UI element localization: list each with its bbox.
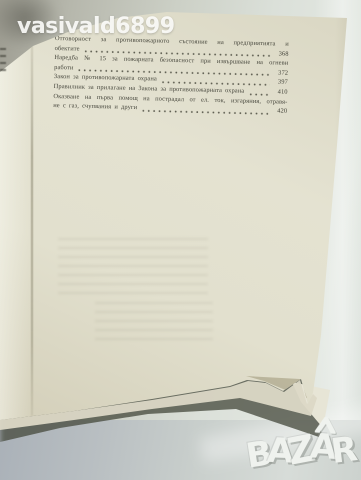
toc-page-number: 372 — [273, 68, 288, 78]
toc-line-text: работи — [54, 63, 74, 73]
toc-line-text: не с газ, счупвания и други — [53, 101, 137, 113]
table-of-contents: Отговорност за противопожарното състояни… — [53, 34, 289, 116]
toc-line-text: обектите — [55, 44, 80, 54]
dot-leader — [249, 91, 269, 95]
photo-scene: Отговорност за противопожарното състояни… — [0, 0, 361, 480]
background-edge-marks — [0, 48, 6, 72]
bazar-logo: BAZAR — [245, 430, 353, 471]
page-crease-line — [31, 44, 33, 416]
showthrough-text-smudge — [58, 238, 208, 298]
showthrough-text-smudge — [95, 302, 213, 340]
toc-page-number: 397 — [273, 78, 288, 88]
seller-watermark: vasivald6899 — [17, 14, 175, 39]
toc-page-number: 420 — [272, 106, 287, 116]
toc-page-number: 410 — [273, 87, 288, 97]
toc-page-number: 368 — [273, 49, 288, 59]
page-left-margin — [0, 40, 31, 430]
logo-letter: R — [330, 433, 355, 469]
dot-leader — [142, 108, 269, 115]
